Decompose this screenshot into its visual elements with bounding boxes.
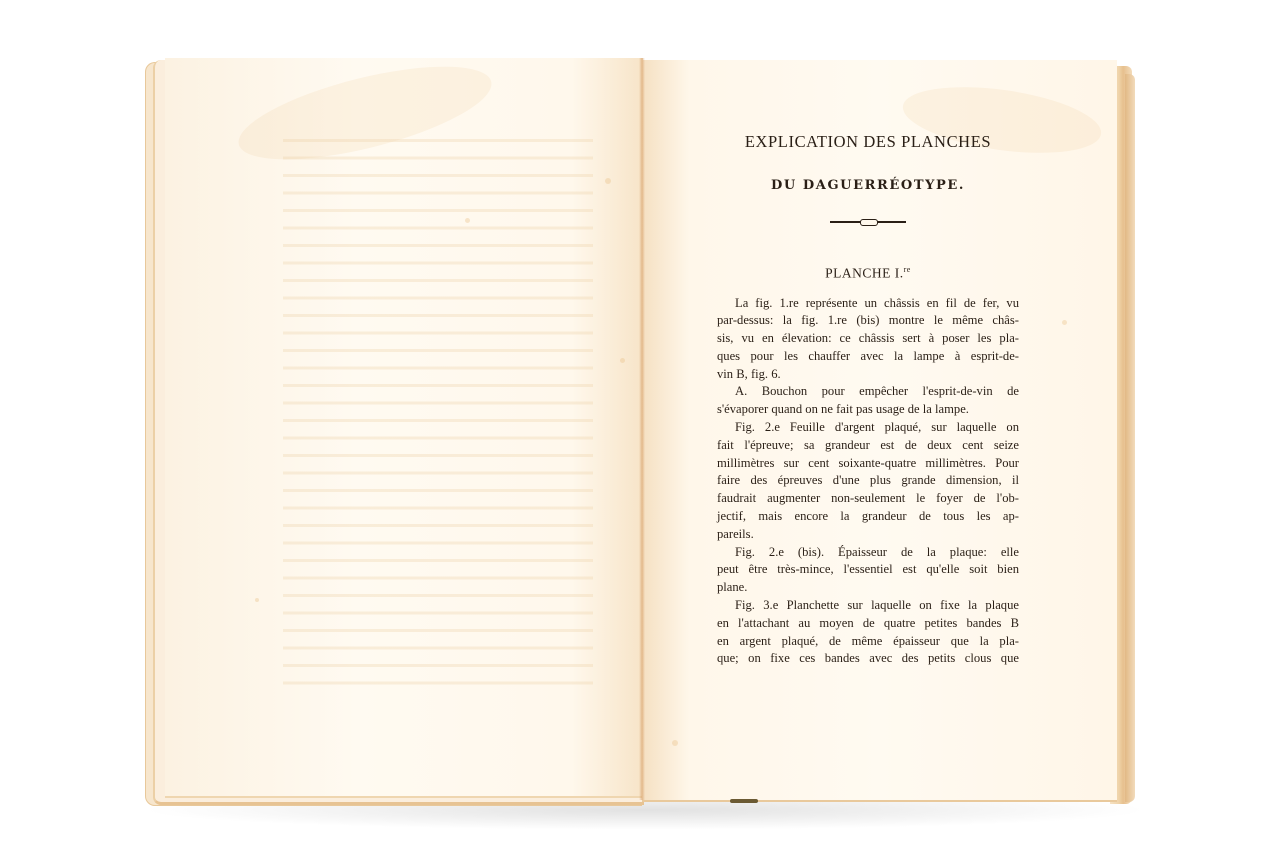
ornament-divider-icon [830,219,906,225]
section-title-text: PLANCHE I. [825,266,904,281]
text-line: Fig. 2.e Feuille d'argent plaqué, sur la… [717,419,1019,437]
text-line: plane. [717,579,1019,597]
text-line: Fig. 2.e (bis). Épaisseur de la plaque: … [717,544,1019,562]
book-gutter [639,58,645,800]
foxing-spot [672,740,678,746]
foxing-spot [465,218,470,223]
foxing-spot [255,598,259,602]
text-line: fait l'épreuve; sa grandeur est de deux … [717,437,1019,455]
body-text: La fig. 1.re représente un châssis en fi… [717,295,1019,669]
text-line: faudrait augmenter non-seulement le foye… [717,490,1019,508]
text-line: jectif, mais encore la grandeur de tous … [717,508,1019,526]
text-line: millimètres sur cent soixante-quatre mil… [717,455,1019,473]
foxing-spot [605,178,611,184]
text-line: La fig. 1.re représente un châssis en fi… [717,295,1019,313]
spine-thread [730,799,758,803]
text-line: vin B, fig. 6. [717,366,1019,384]
text-line: Fig. 3.e Planchette sur laquelle on fixe… [717,597,1019,615]
text-line: en argent plaqué, de même épaisseur que … [717,633,1019,651]
text-line: que; on fixe ces bandes avec des petits … [717,650,1019,668]
page-title: EXPLICATION DES PLANCHES [717,132,1019,152]
right-page-text: EXPLICATION DES PLANCHES DU DAGUERRÉOTYP… [717,124,1019,668]
text-line: en l'attachant au moyen de quatre petite… [717,615,1019,633]
text-line: ques pour les chauffer avec la lampe à e… [717,348,1019,366]
text-line: sis, vu en élevation: ce châssis sert à … [717,330,1019,348]
text-line: peut être très-mince, l'essentiel est qu… [717,561,1019,579]
text-line: A. Bouchon pour empêcher l'esprit-de-vin… [717,383,1019,401]
text-line: faire des épreuves d'une plus grande dim… [717,472,1019,490]
page-subtitle: DU DAGUERRÉOTYPE. [717,178,1019,193]
text-line: s'évaporer quand on ne fait pas usage de… [717,401,1019,419]
section-title: PLANCHE I.re [717,265,1019,282]
section-title-sup: re [904,265,911,274]
foxing-spot [1062,320,1067,325]
right-page-stack-edge [1125,74,1135,802]
left-page [165,58,643,798]
show-through-text [283,128,593,688]
foxing-spot [620,358,625,363]
text-line: par-dessus: la fig. 1.re (bis) montre le… [717,312,1019,330]
text-line: pareils. [717,526,1019,544]
